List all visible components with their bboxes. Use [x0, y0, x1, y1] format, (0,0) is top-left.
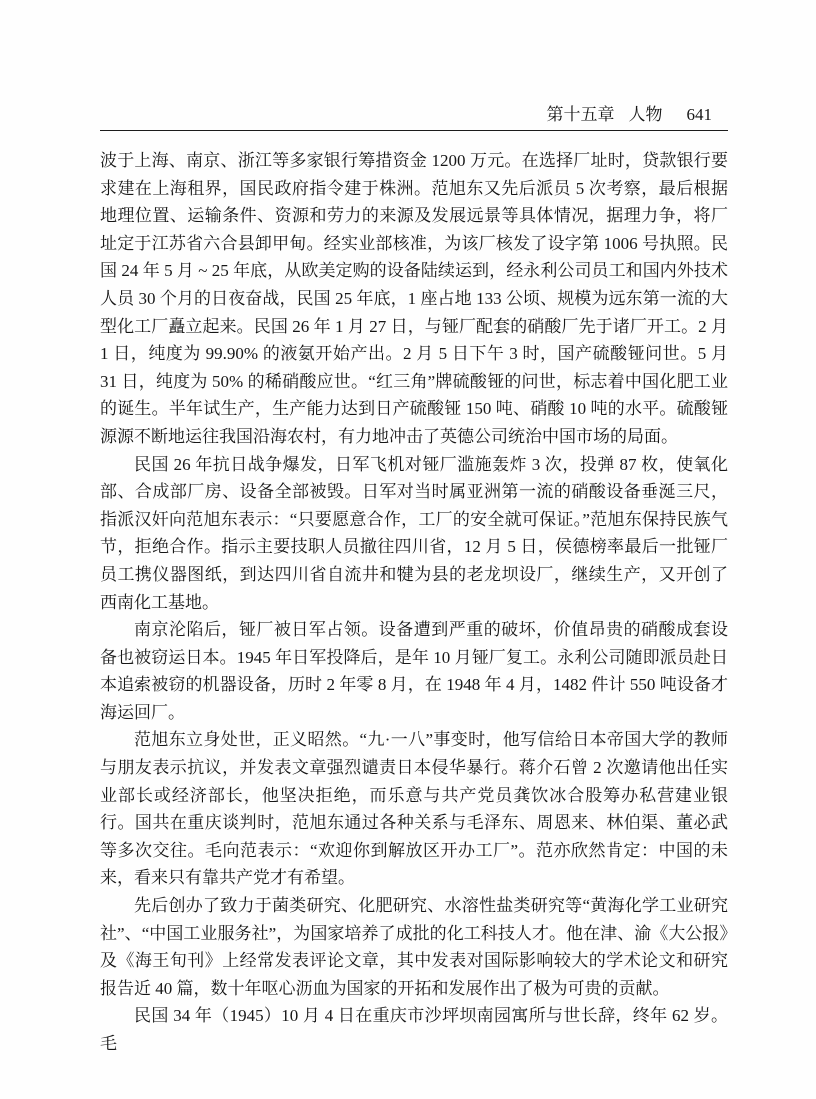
book-page: 第十五章 人物 641 波于上海、南京、浙江等多家银行筹措资金 1200 万元。…: [0, 0, 816, 1099]
body-text: 波于上海、南京、浙江等多家银行筹措资金 1200 万元。在选择厂址时，贷款银行要…: [100, 147, 728, 1058]
paragraph-2: 民国 26 年抗日战争爆发，日军飞机对铔厂滥施轰炸 3 次，投弹 87 枚，使氧…: [100, 451, 728, 617]
paragraph-1: 波于上海、南京、浙江等多家银行筹措资金 1200 万元。在选择厂址时，贷款银行要…: [100, 147, 728, 451]
page-content: 第十五章 人物 641 波于上海、南京、浙江等多家银行筹措资金 1200 万元。…: [100, 0, 728, 1058]
header-chapter-title: 第十五章: [547, 104, 615, 125]
header-page-number: 641: [687, 104, 713, 125]
paragraph-3: 南京沦陷后，铔厂被日军占领。设备遭到严重的破坏，价值昂贵的硝酸成套设备也被窃运日…: [100, 616, 728, 726]
header-section-title: 人物: [629, 104, 663, 125]
paragraph-4: 范旭东立身处世，正义昭然。“九·一八”事变时，他写信给日本帝国大学的教师与朋友表…: [100, 726, 728, 892]
paragraph-5: 先后创办了致力于菌类研究、化肥研究、水溶性盐类研究等“黄海化学工业研究社”、“中…: [100, 892, 728, 1002]
running-header: 第十五章 人物 641: [100, 104, 728, 131]
paragraph-6: 民国 34 年（1945）10 月 4 日在重庆市沙坪坝南园寓所与世长辞，终年 …: [100, 1002, 728, 1057]
